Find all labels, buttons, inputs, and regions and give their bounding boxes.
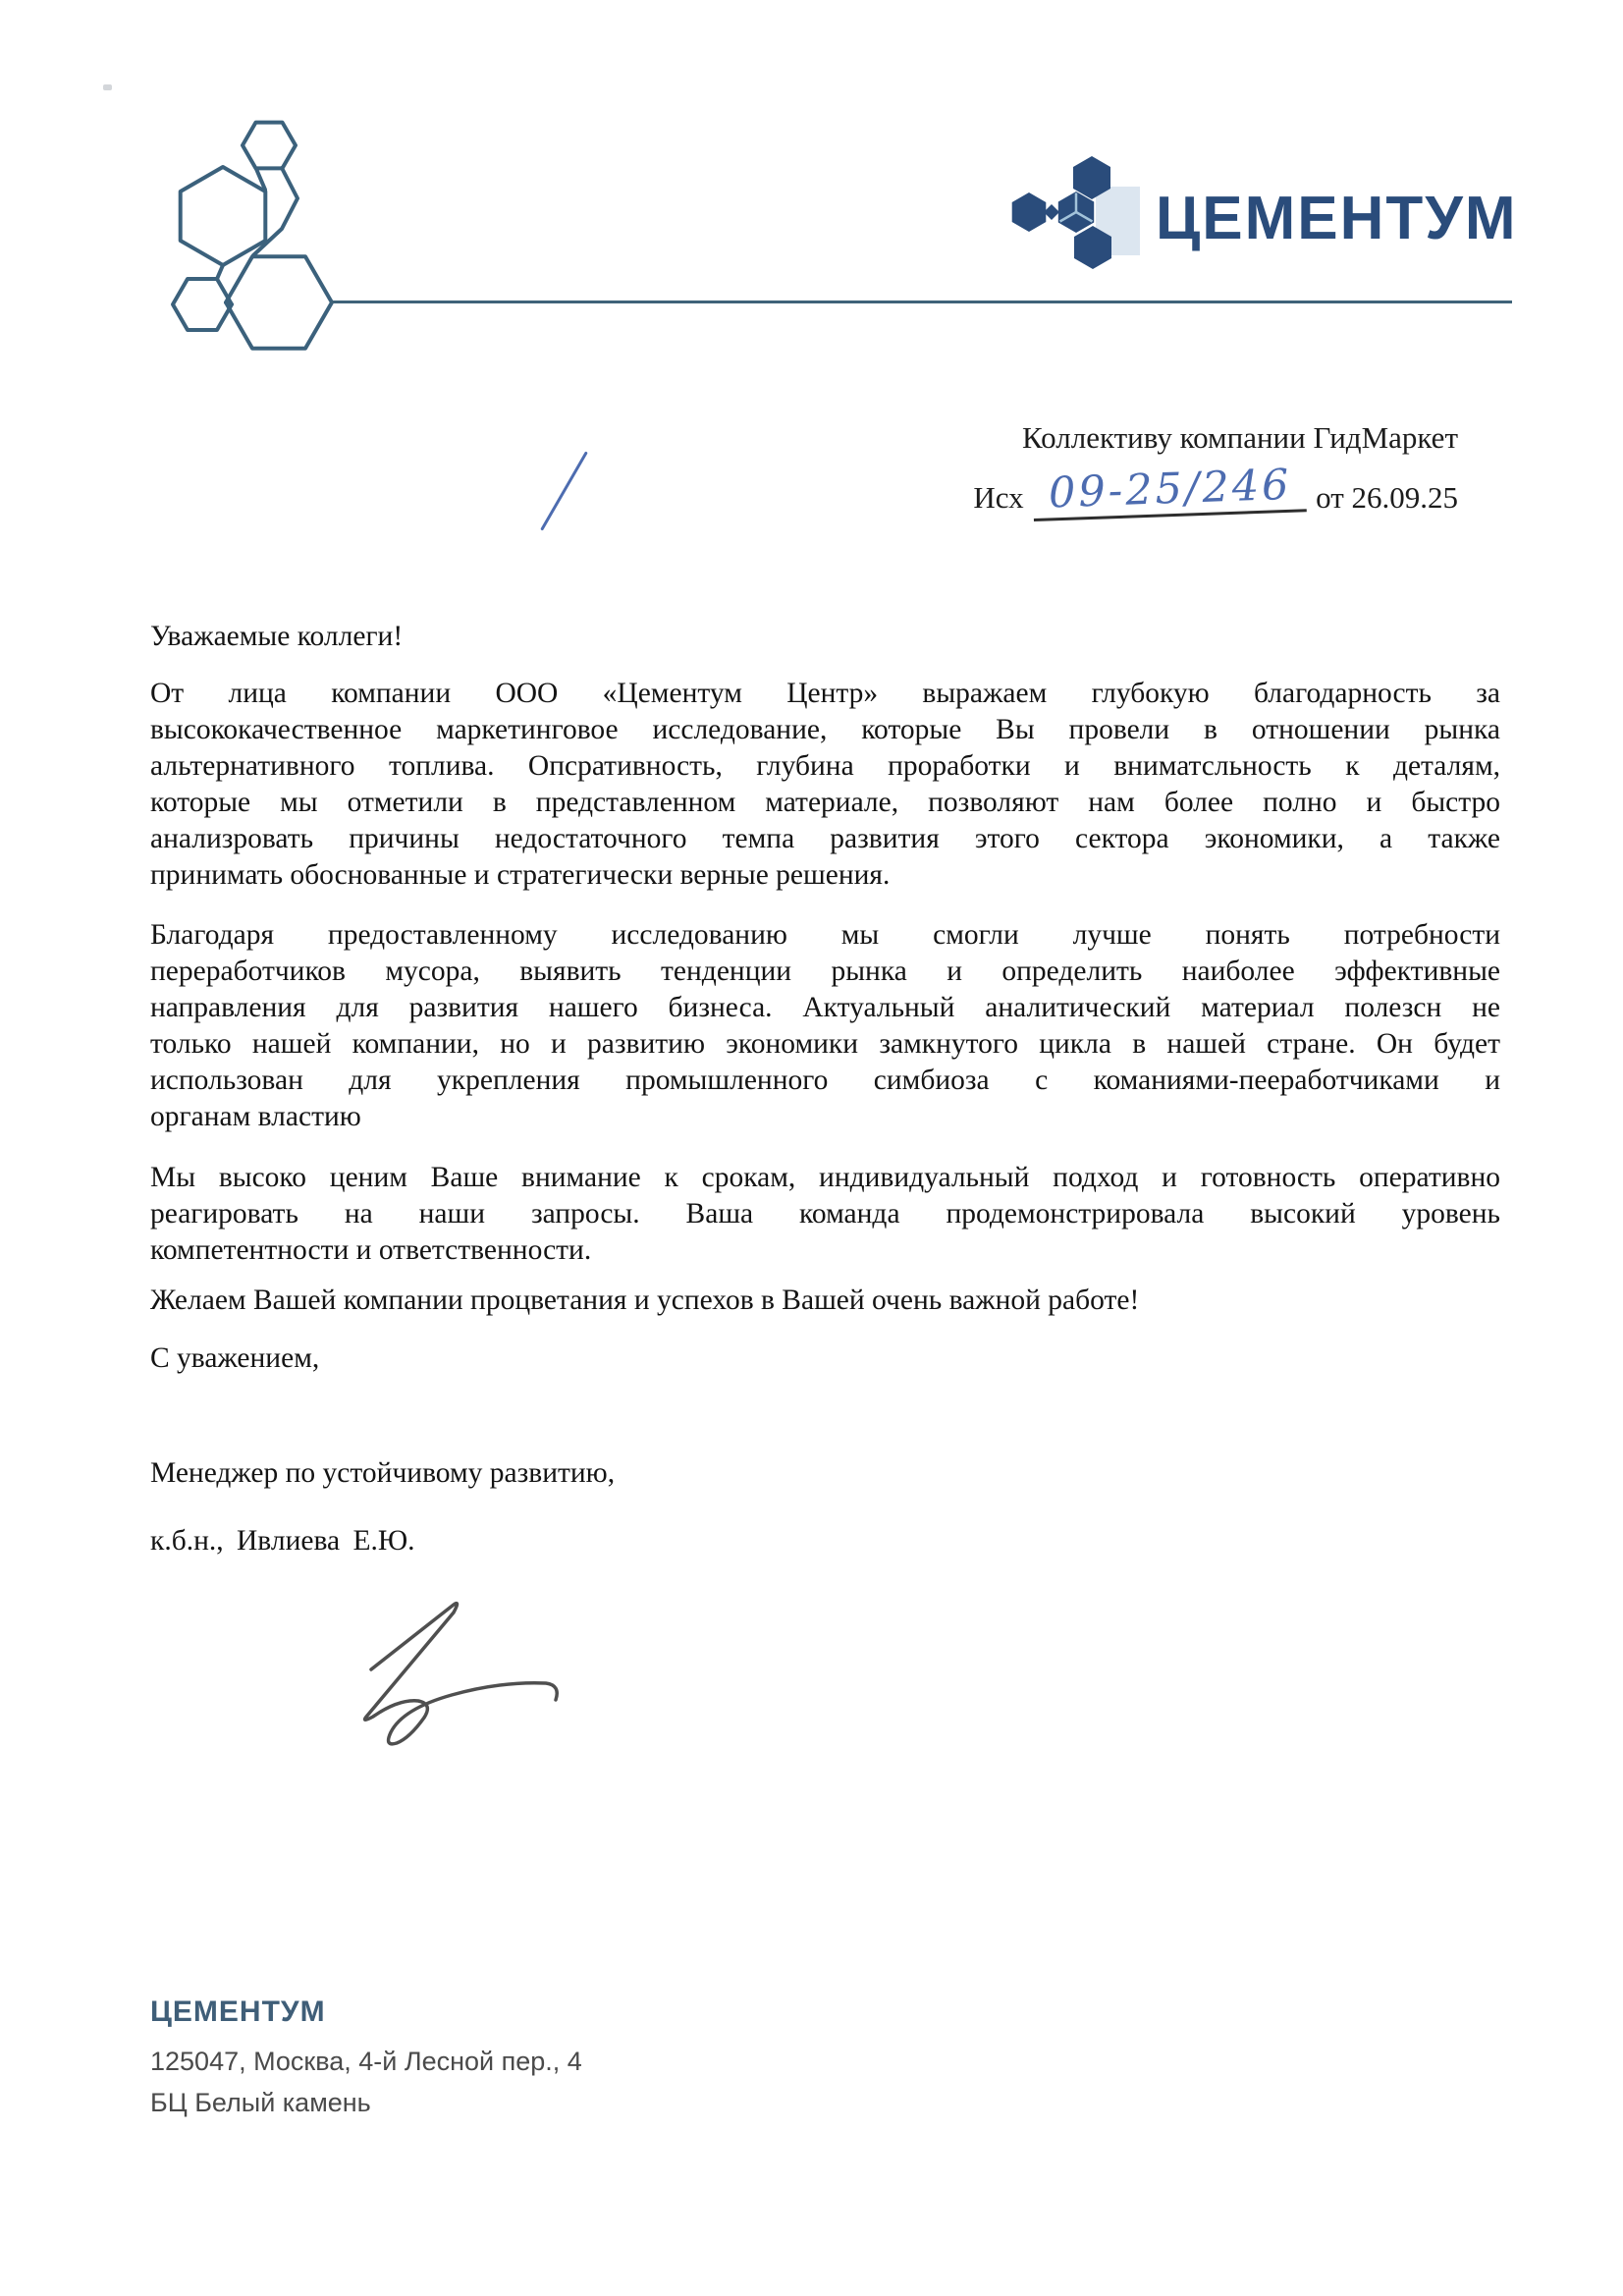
paragraph-line: переработчиков мусора, выявить тенденции… (150, 954, 1500, 990)
handwritten-signature (334, 1583, 579, 1770)
scan-artifact (103, 84, 112, 90)
paragraph-line: анализровать причины недостаточного темп… (150, 821, 1500, 857)
ref-date: от 26.09.25 (1316, 480, 1458, 516)
signer-name: к.б.н., Ивлиева Е.Ю. (150, 1523, 1500, 1559)
paragraph-3: Мы высоко ценим Ваше внимание к срокам, … (150, 1160, 1500, 1269)
pen-slash-stroke (541, 451, 589, 530)
footer-address-line1: 125047, Москва, 4-й Лесной пер., 4 (150, 2041, 582, 2082)
cementum-hexagons-icon (1006, 149, 1144, 275)
paragraph-line: реагировать на наши запросы. Ваша команд… (150, 1196, 1500, 1232)
letter-page: ЦЕМЕНТУМ Коллективу компании ГидМаркет И… (0, 0, 1623, 2296)
paragraph-line: органам властию (150, 1099, 1500, 1135)
footer-address-line2: БЦ Белый камень (150, 2082, 582, 2123)
hexagon-molecule-outline-icon (157, 103, 353, 368)
recipient-line: Коллективу компании ГидМаркет (1022, 420, 1458, 456)
valediction: С уважением, (150, 1340, 1500, 1377)
signer-title: Менеджер по устойчивому развитию, (150, 1455, 1500, 1492)
header-rule (331, 301, 1512, 303)
paragraph-line: направления для развития нашего бизнеса.… (150, 990, 1500, 1026)
paragraph-line: только нашей компании, но и развитию эко… (150, 1026, 1500, 1063)
paragraph-2: Благодаря предоставленному исследованию … (150, 917, 1500, 1135)
footer: ЦЕМЕНТУМ 125047, Москва, 4-й Лесной пер.… (150, 1995, 582, 2123)
footer-company-name: ЦЕМЕНТУМ (150, 1995, 582, 2029)
paragraph-line: использован для укрепления промышленного… (150, 1063, 1500, 1099)
paragraph-line: альтернативного топлива. Опсративность, … (150, 748, 1500, 785)
paragraph-line: От лица компании ООО «Цементум Центр» вы… (150, 676, 1500, 712)
ref-number-handwritten: 09-25/246 (1032, 460, 1306, 521)
closing-wish: Желаем Вашей компании процветания и успе… (150, 1283, 1500, 1319)
paragraph-line: высококачественное маркетинговое исследо… (150, 712, 1500, 748)
paragraph-line: компетентности и ответственности. (150, 1232, 1500, 1269)
cementum-logo-text: ЦЕМЕНТУМ (1156, 189, 1518, 249)
paragraph-line: которые мы отметили в представленном мат… (150, 785, 1500, 821)
ref-prefix: Исх (973, 480, 1023, 516)
paragraph-1: От лица компании ООО «Цементум Центр» вы… (150, 676, 1500, 894)
greeting: Уважаемые коллеги! (150, 619, 1500, 655)
outgoing-ref-line: Исх 09-25/246 от 26.09.25 (973, 469, 1458, 521)
paragraph-line: Мы высоко ценим Ваше внимание к срокам, … (150, 1160, 1500, 1196)
paragraph-line: принимать обоснованные и стратегически в… (150, 857, 1500, 894)
cementum-logo: ЦЕМЕНТУМ (1006, 149, 1518, 275)
letter-body: Уважаемые коллеги! От лица компании ООО … (150, 619, 1500, 1559)
paragraph-line: Благодаря предоставленному исследованию … (150, 917, 1500, 954)
